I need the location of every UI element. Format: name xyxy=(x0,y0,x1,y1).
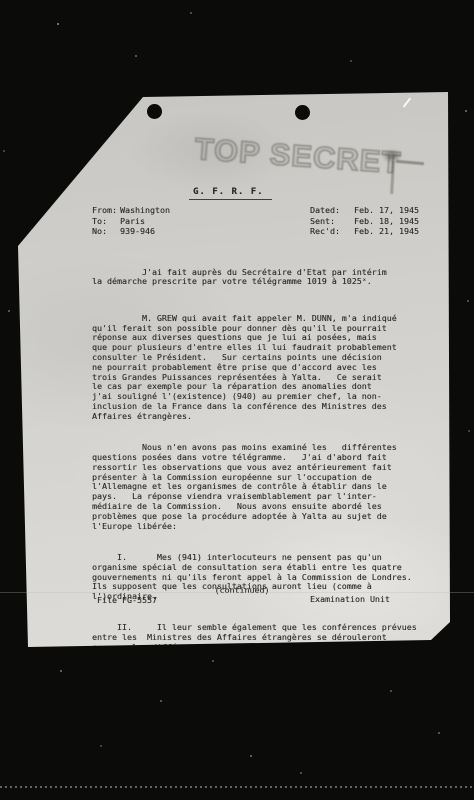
punch-hole-icon xyxy=(295,105,310,120)
telegram-paragraph: J'ai fait auprès du Secrétaire d'Etat pa… xyxy=(92,268,448,288)
header-row-dated: Dated:Feb. 17, 1945 xyxy=(310,205,419,216)
from-value: Washington xyxy=(120,205,170,216)
header-row-sent: Sent:Feb. 18, 1945 xyxy=(310,216,419,227)
header-row-no: No:939-946 xyxy=(92,226,170,237)
telegram-body: J'ai fait auprès du Secrétaire d'Etat pa… xyxy=(92,248,448,725)
telegram-paragraph: Nous n'en avons pas moins examiné les di… xyxy=(92,443,448,531)
film-frame-edge xyxy=(0,786,474,788)
sent-value: Feb. 18, 1945 xyxy=(354,216,419,227)
telegram-paragraph: M. GREW qui avait fait appeler M. DUNN, … xyxy=(92,314,448,422)
to-label: To: xyxy=(92,216,120,227)
header-row-to: To:Paris xyxy=(92,216,170,227)
recd-value: Feb. 21, 1945 xyxy=(354,226,419,237)
routing-code: G. F. R. F. xyxy=(189,187,272,200)
top-secret-stamp: TOP SECRET xyxy=(193,131,402,181)
file-number: File FG-5557 xyxy=(97,595,157,605)
telegram-page: TOP SECRET G. F. R. F. From:Washington T… xyxy=(18,91,450,647)
telegram-paragraph: II. Il leur semble également que les con… xyxy=(92,623,448,662)
film-scratch-line xyxy=(0,592,474,593)
header-right-column: Dated:Feb. 17, 1945 Sent:Feb. 18, 1945 R… xyxy=(310,205,419,237)
no-value: 939-946 xyxy=(120,226,170,237)
to-value: Paris xyxy=(120,216,170,227)
header-row-recd: Rec'd:Feb. 21, 1945 xyxy=(310,226,419,237)
no-label: No: xyxy=(92,226,120,237)
punch-hole-icon xyxy=(147,104,162,119)
microfilm-frame: { "colors": { "film_background": "#0b0b0… xyxy=(0,0,474,800)
header-left-column: From:Washington To:Paris No:939-946 xyxy=(92,205,170,237)
sent-label: Sent: xyxy=(310,216,354,227)
film-dust-specks xyxy=(0,0,2,2)
examination-unit-label: Examination Unit xyxy=(310,594,390,604)
dated-label: Dated: xyxy=(310,205,354,216)
telegram-paragraph: III. Ainsi qu'ils (942) nous l'ont déjà … xyxy=(92,684,448,704)
paper-scratch-mark xyxy=(403,98,411,108)
header-row-from: From:Washington xyxy=(92,205,170,216)
from-label: From: xyxy=(92,205,120,216)
dated-value: Feb. 17, 1945 xyxy=(354,205,419,216)
recd-label: Rec'd: xyxy=(310,226,354,237)
